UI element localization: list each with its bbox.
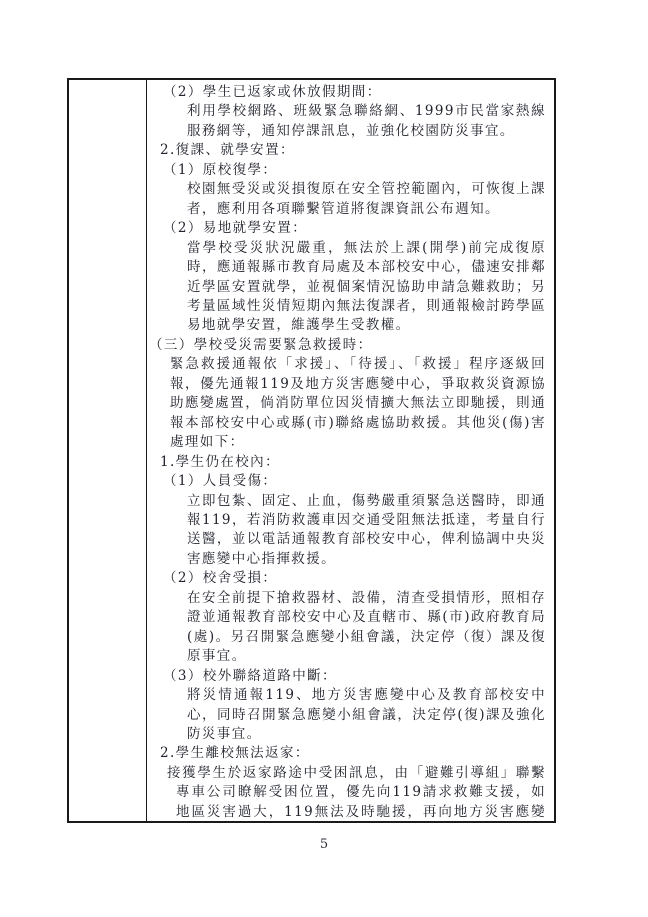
para-students-stranded-heading: 2.學生離校無法返家：	[148, 744, 546, 763]
para-personnel-injured-body: 立即包紮、固定、止血，傷勢嚴重須緊急送醫時，即通報119，若消防救護車因交通受阻…	[148, 492, 546, 570]
table-left-column-empty	[69, 80, 147, 821]
para-students-stranded-body: 接獲學生於返家路途中受困訊息，由「避難引導組」聯繫專車公司瞭解受困位置，優先向1…	[148, 764, 546, 821]
para-section3-emergency-rescue-heading: （三）學校受災需要緊急救援時：	[148, 336, 546, 355]
page-number: 5	[0, 837, 648, 852]
para-original-school-body: 校園無受災或災損復原在安全管控範圍內，可恢復上課者，應利用各項聯繫管道將復課資訊…	[148, 180, 546, 219]
para-emergency-rescue-body: 緊急救援通報依「求援」、「待援」、「救援」程序逐級回報，優先通報119及地方災害…	[148, 355, 546, 452]
para-road-interrupted-body: 將災情通報119、地方災害應變中心及教育部校安中心，同時召開緊急應變小組會議，決…	[148, 686, 546, 744]
para-building-damaged-body: 在安全前提下搶救器材、設備，清查受損情形，照相存證並通報教育部校安中心及直轄市、…	[148, 589, 546, 667]
table-main-column: （2）學生已返家或休放假期間： 利用學校網路、班級緊急聯絡網、1999市民當家熱…	[147, 80, 554, 821]
para-item2-returned-home-heading: （2）學生已返家或休放假期間：	[148, 83, 546, 102]
para-students-on-campus-heading: 1.學生仍在校內：	[148, 453, 546, 472]
para-personnel-injured-heading: （1）人員受傷：	[148, 472, 546, 491]
para-notify-stop-classes-body: 利用學校網路、班級緊急聯絡網、1999市民當家熱線服務網等，通知停課訊息，並強化…	[148, 102, 546, 141]
para-road-interrupted-heading: （3）校外聯絡道路中斷：	[148, 667, 546, 686]
para-resume-classes-heading: 2.復課、就學安置：	[148, 141, 546, 160]
para-building-damaged-heading: （2）校舍受損：	[148, 569, 546, 588]
para-relocation-placement-heading: （2）易地就學安置：	[148, 219, 546, 238]
content-table: （2）學生已返家或休放假期間： 利用學校網路、班級緊急聯絡網、1999市民當家熱…	[67, 78, 556, 823]
para-relocation-placement-body: 當學校受災狀況嚴重，無法於上課(開學)前完成復原時，應通報縣市教育局處及本部校安…	[148, 239, 546, 336]
para-original-school-heading: （1）原校復學：	[148, 161, 546, 180]
document-page: （2）學生已返家或休放假期間： 利用學校網路、班級緊急聯絡網、1999市民當家熱…	[0, 0, 648, 917]
